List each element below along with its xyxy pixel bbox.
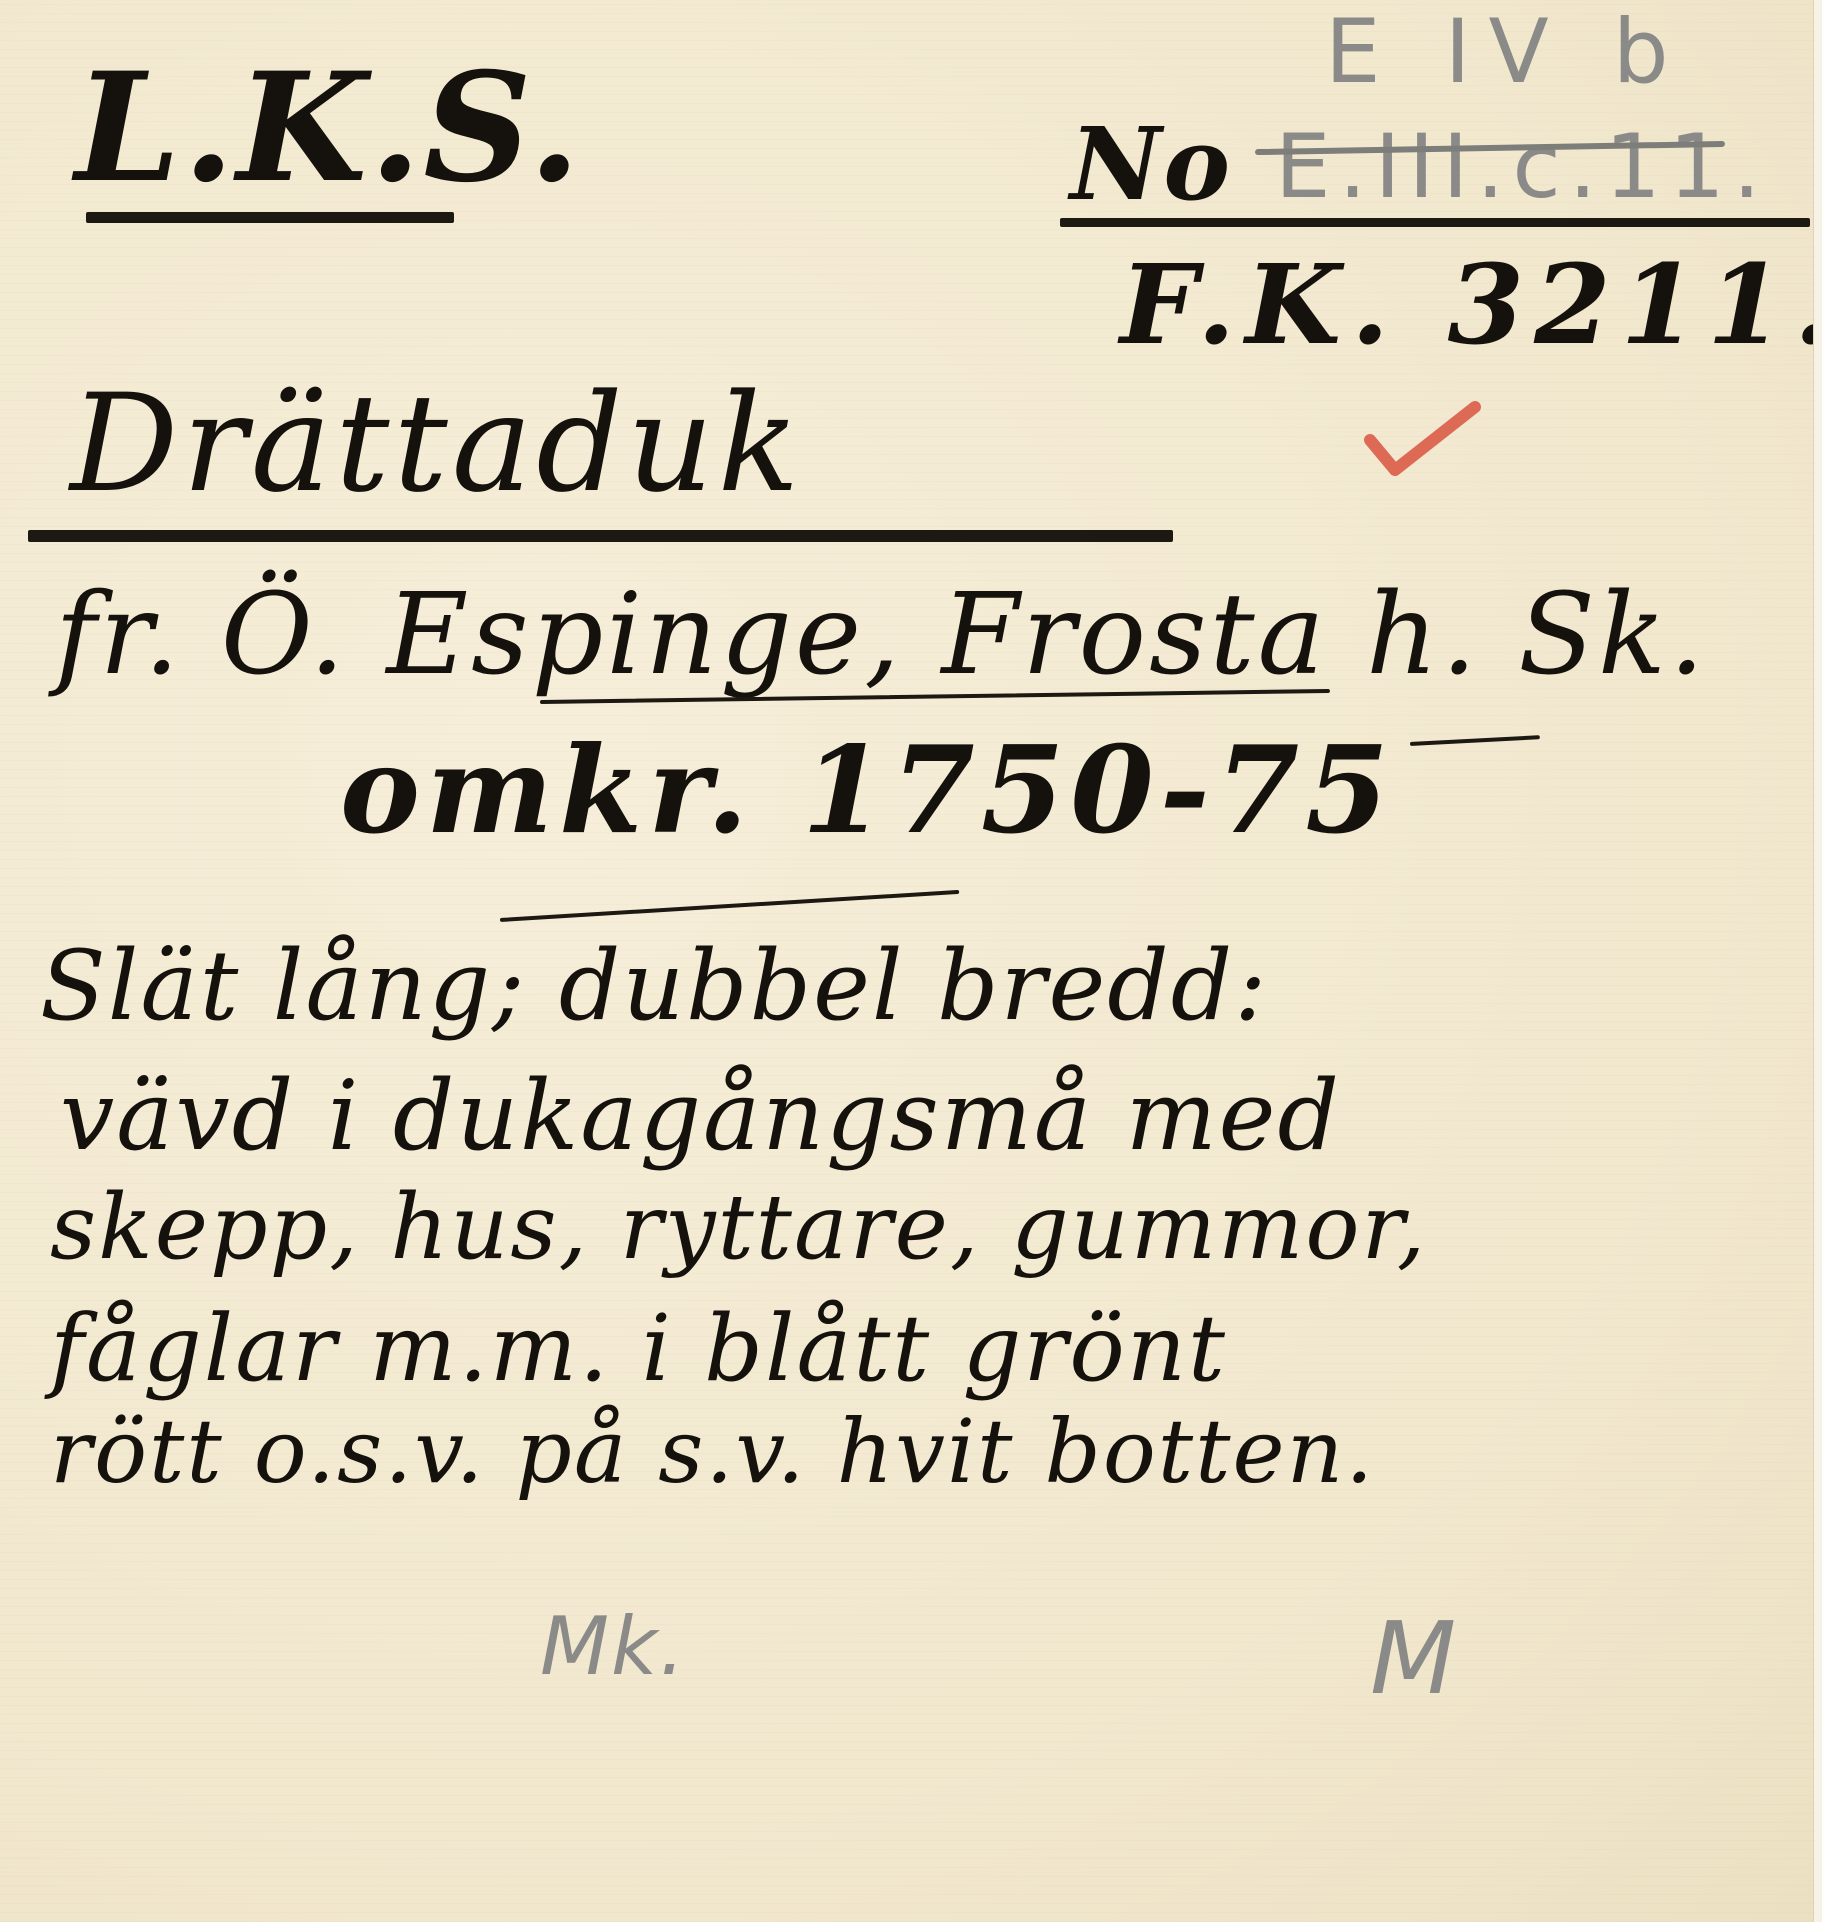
description-line-1: Slät lång; dubbel bredd:	[40, 930, 1269, 1042]
collection-mark: L.K.S.	[75, 40, 582, 216]
object-title: Drättaduk	[70, 365, 803, 522]
check-mark-icon	[1360, 395, 1490, 485]
card-edge	[1813, 0, 1822, 1922]
description-line-2: vävd i dukagångsmå med	[60, 1060, 1341, 1172]
date-overline	[1410, 735, 1540, 746]
pencil-initials-left: Mk.	[540, 1600, 687, 1693]
title-underline	[28, 530, 1173, 542]
provenance: fr. Ö. Espinge, Frosta h. Sk.	[55, 570, 1707, 700]
fk-number: F.K. 3211.	[1120, 240, 1822, 369]
new-classification: E IV b	[1325, 0, 1687, 103]
description-line-3: skepp, hus, ryttare, gummor,	[50, 1175, 1427, 1280]
date: omkr. 1750-75	[340, 720, 1395, 861]
number-underline	[1060, 218, 1810, 227]
old-classification: E.III.c.11.	[1275, 115, 1769, 218]
catalog-card: L.K.S. E IV b No E.III.c.11. F.K. 3211. …	[0, 0, 1822, 1922]
number-label: No	[1070, 105, 1232, 223]
description-line-4: fåglar m.m. i blått grönt	[50, 1295, 1227, 1402]
description-line-5: rött o.s.v. på s.v. hvit botten.	[50, 1400, 1375, 1503]
collection-mark-underline	[86, 212, 454, 223]
pencil-initials-right: M	[1370, 1600, 1458, 1717]
description-overline	[500, 890, 959, 922]
